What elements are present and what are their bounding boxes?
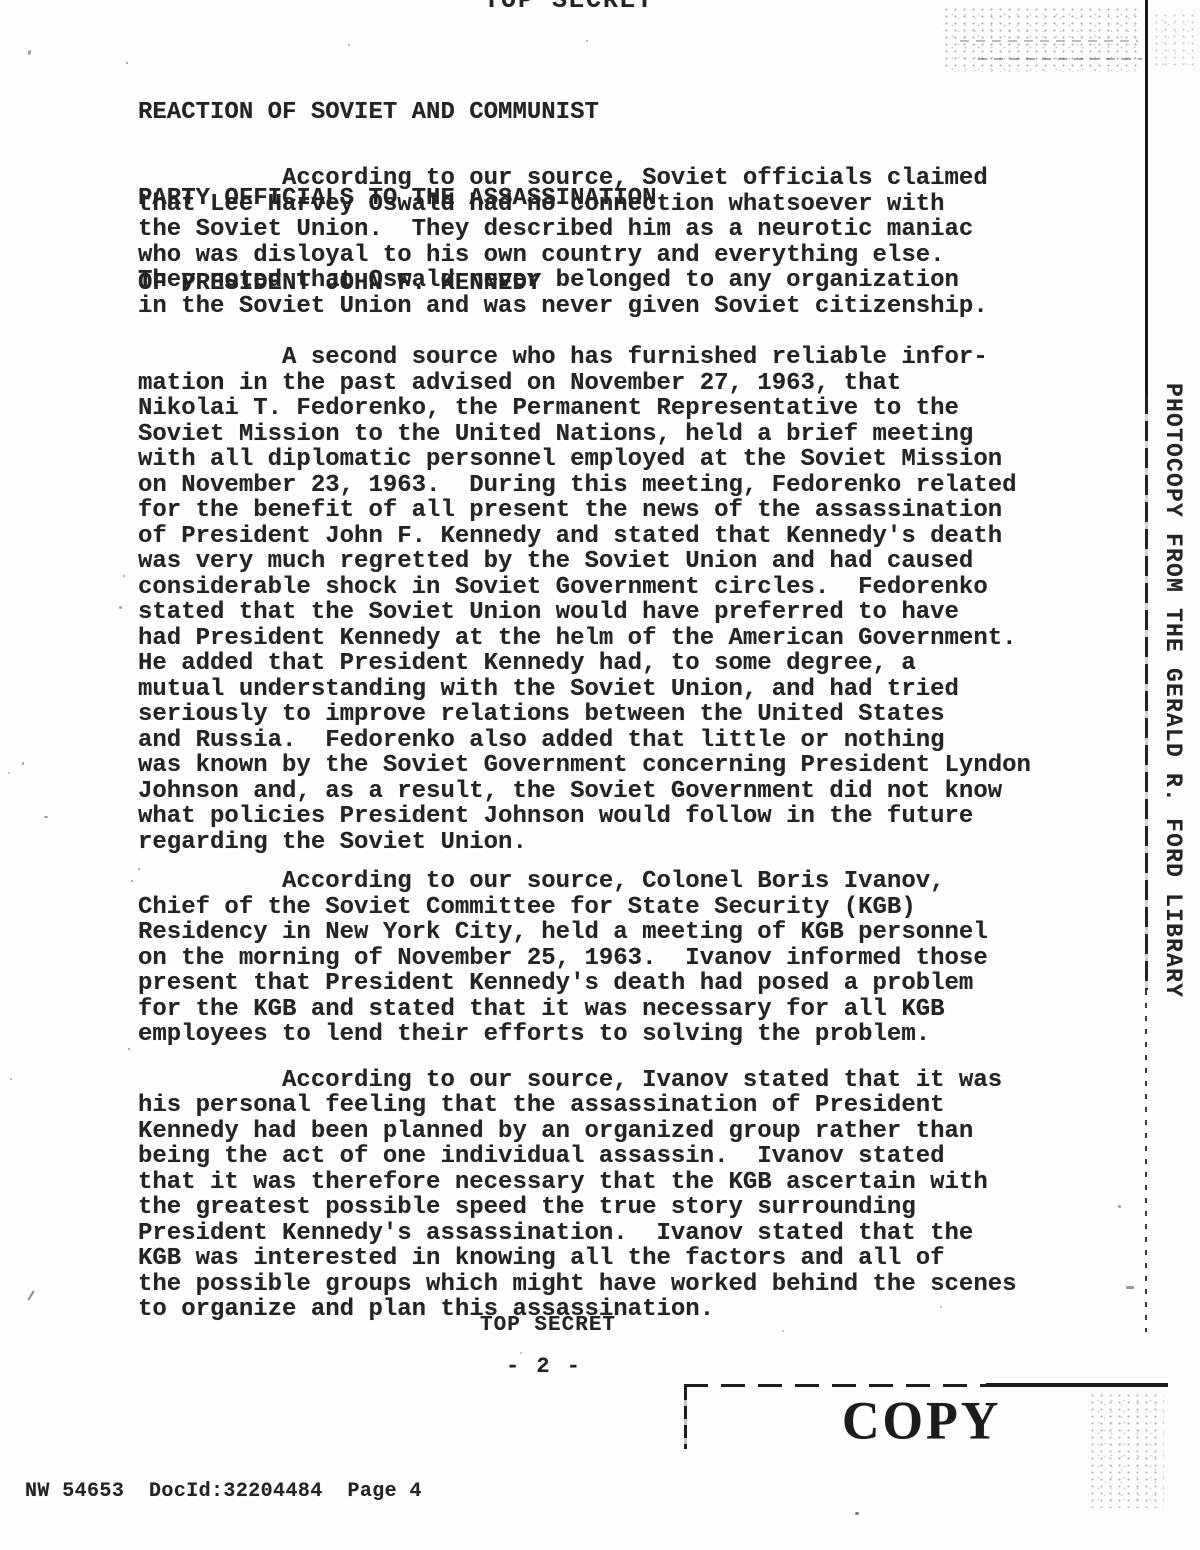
text-line: Soviet Mission to the United Nations, he… — [138, 422, 1068, 448]
copy-stamp-text: COPY — [842, 1391, 1001, 1452]
text-line: Chief of the Soviet Committee for State … — [138, 895, 1068, 921]
paragraph-1: According to our source, Soviet official… — [138, 166, 1068, 319]
classification-text-top: TOP SECRET — [484, 0, 654, 15]
scanned-document-page: TOP SECRET REACTION OF SOVIET AND COMMUN… — [0, 0, 1200, 1550]
ink-speck — [520, 1352, 522, 1354]
scan-smudge-stamp-right — [1088, 1392, 1164, 1508]
text-line: stated that the Soviet Union would have … — [138, 600, 1068, 626]
text-line: was very much regretted by the Soviet Un… — [138, 549, 1068, 575]
text-line: regarding the Soviet Union. — [138, 830, 1068, 856]
paragraph-2: A second source who has furnished reliab… — [138, 345, 1068, 855]
text-line: Johnson and, as a result, the Soviet Gov… — [138, 779, 1068, 805]
scan-edge-line-solid — [1145, 0, 1148, 394]
ink-speck — [8, 772, 10, 774]
scan-smudge-top-right-edge — [1152, 12, 1196, 70]
ink-speck — [940, 1306, 942, 1308]
text-line: that Lee Harvey Oswald had no connection… — [138, 192, 1068, 218]
ink-speck — [44, 816, 48, 818]
scan-edge-line-dotted — [1145, 990, 1147, 1332]
ink-speck — [586, 40, 588, 42]
text-line: of President John F. Kennedy and stated … — [138, 524, 1068, 550]
text-line: He added that President Kennedy had, to … — [138, 651, 1068, 677]
text-line: on the morning of November 25, 1963. Iva… — [138, 946, 1068, 972]
scan-streak — [978, 58, 1142, 60]
copy-stamp-box-top-solid — [986, 1383, 1168, 1387]
text-line: the greatest possible speed the true sto… — [138, 1195, 1068, 1221]
ink-mark — [27, 1290, 35, 1300]
text-line: According to our source, Ivanov stated t… — [138, 1068, 1068, 1094]
text-line: his personal feeling that the assassinat… — [138, 1093, 1068, 1119]
text-line: A second source who has furnished reliab… — [138, 345, 1068, 371]
text-line: who was disloyal to his own country and … — [138, 243, 1068, 269]
text-line: for the benefit of all present the news … — [138, 498, 1068, 524]
ink-speck — [138, 868, 140, 870]
text-line: seriously to improve relations between t… — [138, 702, 1068, 728]
text-line: was known by the Soviet Government conce… — [138, 753, 1068, 779]
ink-speck — [22, 762, 24, 765]
text-line: for the KGB and stated that it was neces… — [138, 997, 1068, 1023]
ink-speck — [126, 62, 128, 64]
text-line: Nikolai T. Fedorenko, the Permanent Repr… — [138, 396, 1068, 422]
classification-banner-top-clipped: TOP SECRET — [484, 0, 664, 16]
ink-speck — [119, 606, 122, 609]
ink-mark — [1126, 1286, 1134, 1289]
text-line: Kennedy had been planned by an organized… — [138, 1119, 1068, 1145]
text-line: employees to lend their efforts to solvi… — [138, 1022, 1068, 1048]
text-line: in the Soviet Union and was never given … — [138, 294, 1068, 320]
ink-speck — [348, 44, 350, 46]
scan-edge-line-dashed — [1145, 394, 1148, 990]
document-body: According to our source, Soviet official… — [138, 166, 1068, 1349]
copy-stamp-box-top-dashed — [684, 1384, 990, 1387]
text-line: President Kennedy's assassination. Ivano… — [138, 1221, 1068, 1247]
text-line: mutual understanding with the Soviet Uni… — [138, 677, 1068, 703]
text-line: considerable shock in Soviet Government … — [138, 575, 1068, 601]
scan-smudge-top-right — [942, 6, 1142, 72]
text-line: had President Kennedy at the helm of the… — [138, 626, 1068, 652]
ink-speck — [131, 880, 133, 882]
ink-speck — [123, 575, 125, 577]
ink-speck — [782, 1330, 784, 1332]
text-line: mation in the past advised on November 2… — [138, 371, 1068, 397]
scan-streak — [960, 40, 1138, 42]
text-line: with all diplomatic personnel employed a… — [138, 447, 1068, 473]
title-line: REACTION OF SOVIET AND COMMUNIST — [138, 99, 656, 128]
ink-speck — [27, 50, 32, 56]
text-line: that it was therefore necessary that the… — [138, 1170, 1068, 1196]
text-line: being the act of one individual assassin… — [138, 1144, 1068, 1170]
ink-speck — [10, 1078, 12, 1080]
text-line: KGB was interested in knowing all the fa… — [138, 1246, 1068, 1272]
copy-stamp-box-left-edge — [684, 1387, 687, 1449]
text-line: the Soviet Union. They described him as … — [138, 217, 1068, 243]
text-line: present that President Kennedy's death h… — [138, 971, 1068, 997]
text-line: Residency in New York City, held a meeti… — [138, 920, 1068, 946]
text-line: what policies President Johnson would fo… — [138, 804, 1068, 830]
text-line: on November 23, 1963. During this meetin… — [138, 473, 1068, 499]
text-line: According to our source, Colonel Boris I… — [138, 869, 1068, 895]
text-line: the possible groups which might have wor… — [138, 1272, 1068, 1298]
ink-speck — [1118, 1205, 1121, 1208]
text-line: and Russia. Fedorenko also added that li… — [138, 728, 1068, 754]
library-photocopy-stamp: PHOTOCOPY FROM THE GERALD R. FORD LIBRAR… — [1160, 383, 1186, 1023]
paragraph-4: According to our source, Ivanov stated t… — [138, 1068, 1068, 1323]
document-id-footer: NW 54653 DocId:32204484 Page 4 — [25, 1480, 422, 1503]
ink-speck — [855, 1512, 859, 1515]
paragraph-3: According to our source, Colonel Boris I… — [138, 869, 1068, 1048]
classification-banner-bottom: TOP SECRET — [480, 1314, 616, 1337]
ink-speck — [128, 1048, 130, 1050]
text-line: According to our source, Soviet official… — [138, 166, 1068, 192]
text-line: They noted that Oswald never belonged to… — [138, 268, 1068, 294]
page-number: - 2 - — [506, 1354, 582, 1379]
